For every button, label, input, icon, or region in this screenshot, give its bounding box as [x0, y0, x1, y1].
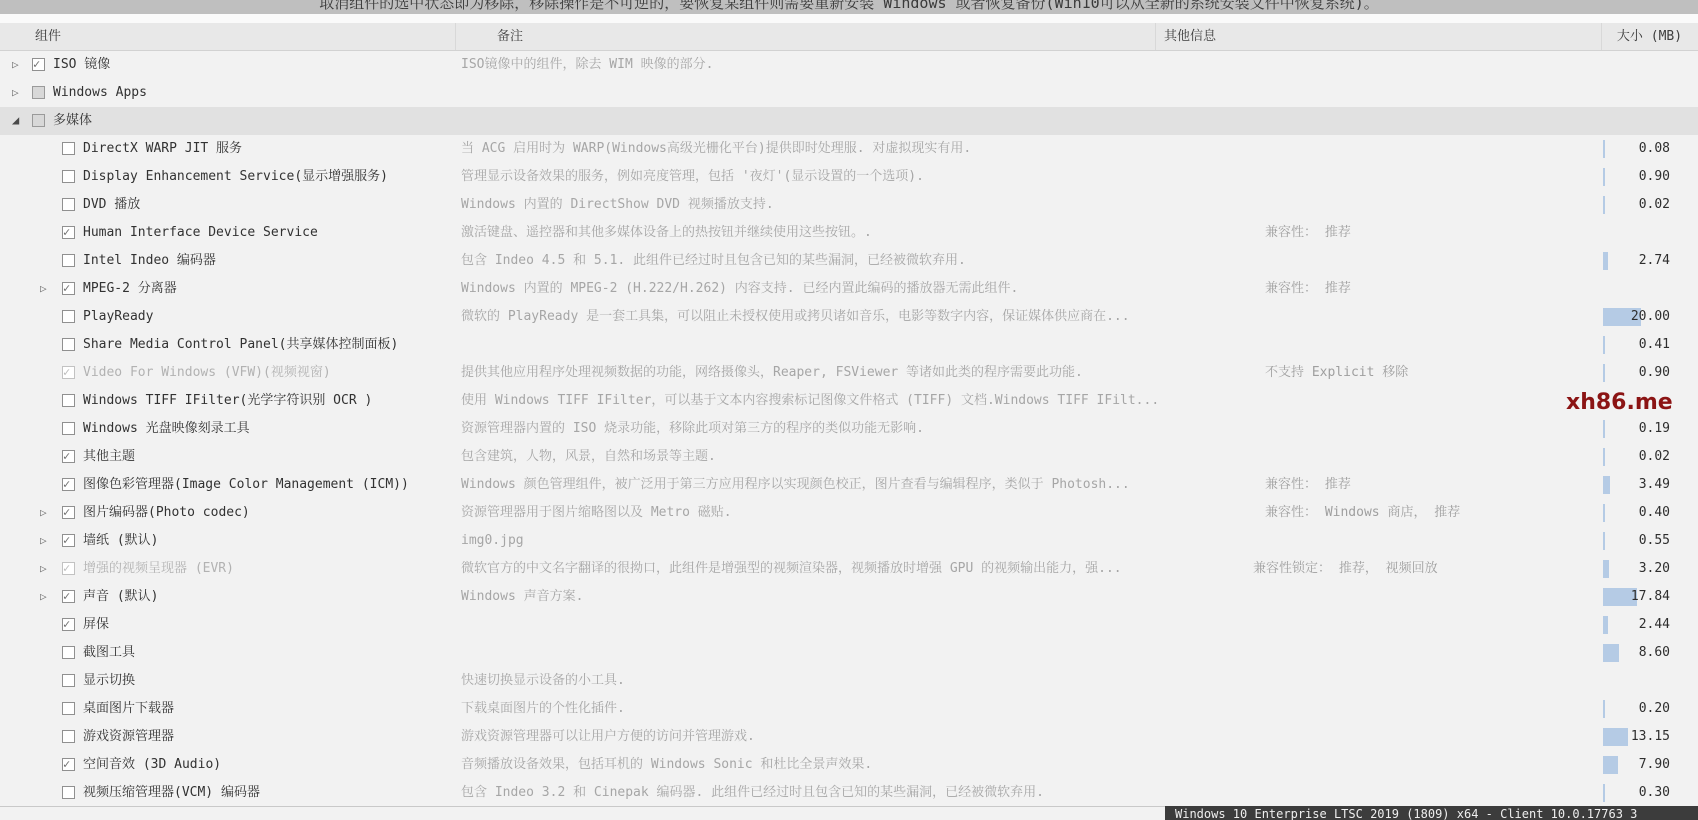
size-cell [1601, 275, 1698, 303]
table-row[interactable]: ▷✓增强的视频呈现器 (EVR)微软官方的中文名字翻译的很拗口，此组件是增强型的… [0, 555, 1698, 583]
size-bar [1603, 476, 1610, 494]
component-label: MPEG-2 分离器 [83, 275, 177, 303]
other-info-cell [1155, 667, 1601, 695]
size-value: 17.84 [1631, 583, 1670, 611]
component-cell: ✓其他主题 [0, 443, 455, 471]
note-cell: 管理显示设备效果的服务，例如亮度管理，包括 '夜灯'(显示设置的一个选项). [455, 163, 1155, 191]
component-label: 多媒体 [53, 107, 92, 135]
component-label: Windows TIFF IFilter(光学字符识别 OCR ) [83, 387, 372, 415]
component-label: Share Media Control Panel(共享媒体控制面板) [83, 331, 398, 359]
component-label: ISO 镜像 [53, 51, 110, 79]
size-cell [1601, 667, 1698, 695]
component-checkbox-unchecked[interactable] [62, 142, 75, 155]
note-cell: img0.jpg [455, 527, 1155, 555]
status-bar-text: Windows 10 Enterprise LTSC 2019 (1809) x… [1175, 807, 1637, 820]
component-checkbox-unchecked[interactable] [62, 198, 75, 211]
component-label: 截图工具 [83, 639, 135, 667]
size-value: 20.00 [1631, 303, 1670, 331]
table-row[interactable]: DirectX WARP JIT 服务当 ACG 启用时为 WARP(Windo… [0, 135, 1698, 163]
check-mark-icon: ✓ [63, 358, 70, 386]
component-checkbox-checked[interactable]: ✓ [62, 758, 75, 771]
size-cell: 8.60 [1601, 639, 1698, 667]
component-cell: 桌面图片下载器 [0, 695, 455, 723]
size-value: 0.55 [1639, 527, 1670, 555]
note-cell: Windows 颜色管理组件，被广泛用于第三方应用程序以实现颜色校正，图片查看与… [455, 471, 1155, 499]
size-cell: 0.02 [1601, 191, 1698, 219]
other-info-cell [1155, 107, 1601, 135]
other-info-cell: 兼容性锁定： 推荐， 视频回放 [1155, 555, 1601, 583]
table-row[interactable]: 桌面图片下载器下载桌面图片的个性化插件.0.20 [0, 695, 1698, 723]
table-row[interactable]: 视频压缩管理器(VCM) 编码器包含 Indeo 3.2 和 Cinepak 编… [0, 779, 1698, 807]
other-info-cell [1155, 751, 1601, 779]
other-info-cell [1155, 583, 1601, 611]
component-checkbox-checked[interactable]: ✓ [62, 478, 75, 491]
size-bar [1603, 252, 1608, 270]
size-cell: 7.90 [1601, 751, 1698, 779]
other-info-cell: 兼容性： 推荐 [1155, 275, 1601, 303]
component-label: 视频压缩管理器(VCM) 编码器 [83, 779, 260, 807]
size-cell: 0.90 [1601, 163, 1698, 191]
note-cell: 微软的 PlayReady 是一套工具集，可以阻止未授权使用或拷贝诸如音乐，电影… [455, 303, 1155, 331]
component-label: 其他主题 [83, 443, 135, 471]
component-cell: Windows TIFF IFilter(光学字符识别 OCR ) [0, 387, 455, 415]
expand-arrow-icon[interactable]: ▷ [40, 583, 47, 611]
size-cell: 0.20 [1601, 695, 1698, 723]
component-checkbox-unchecked[interactable] [62, 422, 75, 435]
component-checkbox-checked[interactable]: ✓ [62, 450, 75, 463]
other-info-cell [1155, 387, 1601, 415]
table-row[interactable]: ✓空间音效 (3D Audio)音频播放设备效果，包括耳机的 Windows S… [0, 751, 1698, 779]
component-cell: Display Enhancement Service(显示增强服务) [0, 163, 455, 191]
component-label: DVD 播放 [83, 191, 140, 219]
component-cell: 显示切换 [0, 667, 455, 695]
table-row[interactable]: ✓图像色彩管理器(Image Color Management (ICM))Wi… [0, 471, 1698, 499]
component-label: 游戏资源管理器 [83, 723, 174, 751]
table-row[interactable]: Windows 光盘映像刻录工具资源管理器内置的 ISO 烧录功能，移除此项对第… [0, 415, 1698, 443]
component-label: Video For Windows (VFW)(视频视窗) [83, 359, 331, 387]
size-cell [1601, 219, 1698, 247]
size-cell: 0.19 [1601, 415, 1698, 443]
table-row[interactable]: ▷✓ISO 镜像ISO镜像中的组件，除去 WIM 映像的部分. [0, 51, 1698, 79]
collapse-arrow-icon[interactable]: ◢ [12, 107, 19, 135]
other-info-cell: 兼容性： 推荐 [1155, 471, 1601, 499]
other-info-cell [1155, 639, 1601, 667]
component-checkbox-unchecked[interactable] [62, 674, 75, 687]
size-cell: 2.44 [1601, 611, 1698, 639]
component-cell: ▷Windows Apps [0, 79, 455, 107]
note-cell: 包含 Indeo 3.2 和 Cinepak 编码器. 此组件已经过时且包含已知… [455, 779, 1155, 807]
component-cell: DirectX WARP JIT 服务 [0, 135, 455, 163]
note-cell: Windows 声音方案. [455, 583, 1155, 611]
component-label: 图像色彩管理器(Image Color Management (ICM)) [83, 471, 409, 499]
component-cell: 截图工具 [0, 639, 455, 667]
check-mark-icon: ✓ [63, 218, 70, 246]
other-info-cell [1155, 779, 1601, 807]
size-cell: 0.40 [1601, 499, 1698, 527]
component-label: 声音 (默认) [83, 583, 158, 611]
other-info-cell [1155, 415, 1601, 443]
component-checkbox-checked[interactable]: ✓ [62, 618, 75, 631]
note-cell: 资源管理器用于图片缩略图以及 Metro 磁贴. [455, 499, 1155, 527]
size-bar [1603, 616, 1608, 634]
size-cell: 20.00 [1601, 303, 1698, 331]
top-notice-bar: 取消组件的选中状态即为移除，移除操作是不可逆的，要恢复某组件则需要重新安装 Wi… [0, 0, 1698, 14]
column-header-size-mb[interactable]: 大小 (MB) [1601, 23, 1697, 50]
component-cell: 游戏资源管理器 [0, 723, 455, 751]
table-row[interactable]: 显示切换快速切换显示设备的小工具. [0, 667, 1698, 695]
table-row[interactable]: Intel Indeo 编码器包含 Indeo 4.5 和 5.1. 此组件已经… [0, 247, 1698, 275]
other-info-cell [1155, 443, 1601, 471]
size-cell: 13.15 [1601, 723, 1698, 751]
size-value: 3.20 [1639, 555, 1670, 583]
table-row[interactable]: ▷✓图片编码器(Photo codec)资源管理器用于图片缩略图以及 Metro… [0, 499, 1698, 527]
size-bar [1603, 196, 1605, 214]
table-row[interactable]: ✓Human Interface Device Service激活键盘、遥控器和… [0, 219, 1698, 247]
size-bar [1603, 532, 1605, 550]
component-label: 屏保 [83, 611, 109, 639]
component-checkbox-unchecked[interactable] [62, 786, 75, 799]
component-checkbox-unchecked[interactable] [62, 254, 75, 267]
other-info-cell [1155, 695, 1601, 723]
component-cell: ✓Video For Windows (VFW)(视频视窗) [0, 359, 455, 387]
note-cell: 快速切换显示设备的小工具. [455, 667, 1155, 695]
other-info-cell [1155, 247, 1601, 275]
check-mark-icon: ✓ [63, 498, 70, 526]
size-bar [1603, 700, 1605, 718]
size-value: 0.02 [1639, 443, 1670, 471]
table-row[interactable]: ▷Windows Apps [0, 79, 1698, 107]
other-info-cell [1155, 611, 1601, 639]
component-checkbox-checked[interactable]: ✓ [62, 366, 75, 379]
note-cell [455, 331, 1155, 359]
check-mark-icon: ✓ [63, 554, 70, 582]
size-cell: 2.74 [1601, 247, 1698, 275]
table-row[interactable]: ▷✓声音 (默认)Windows 声音方案.17.84 [0, 583, 1698, 611]
size-value: 0.30 [1639, 779, 1670, 807]
component-cell: ▷✓ISO 镜像 [0, 51, 455, 79]
size-cell: 0.08 [1601, 135, 1698, 163]
size-value: 0.19 [1639, 415, 1670, 443]
size-bar [1603, 140, 1605, 158]
table-row[interactable]: ✓屏保2.44 [0, 611, 1698, 639]
size-cell: 0.90 [1601, 359, 1698, 387]
size-value: 0.20 [1639, 695, 1670, 723]
table-row[interactable]: ✓其他主题包含建筑，人物，风景，自然和场景等主题.0.02 [0, 443, 1698, 471]
component-cell: ▷✓图片编码器(Photo codec) [0, 499, 455, 527]
size-cell: 0.55 [1601, 527, 1698, 555]
column-header-component[interactable]: 组件 [0, 23, 455, 50]
size-cell: 3.49 [1601, 471, 1698, 499]
other-info-cell: 不支持 Explicit 移除 [1155, 359, 1601, 387]
size-cell [1601, 107, 1698, 135]
other-info-cell [1155, 51, 1601, 79]
component-checkbox-checked[interactable]: ✓ [32, 58, 45, 71]
watermark-text: xh86.me [1566, 390, 1673, 415]
size-cell: 17.84 [1601, 583, 1698, 611]
top-gap [0, 14, 1698, 23]
size-cell: 0.41 [1601, 331, 1698, 359]
expand-arrow-icon[interactable]: ▷ [40, 555, 47, 583]
component-cell: ✓图像色彩管理器(Image Color Management (ICM)) [0, 471, 455, 499]
note-cell: 游戏资源管理器可以让用户方便的访问并管理游戏. [455, 723, 1155, 751]
component-checkbox-unchecked[interactable] [62, 338, 75, 351]
other-info-cell [1155, 303, 1601, 331]
table-body: ▷✓ISO 镜像ISO镜像中的组件，除去 WIM 映像的部分.▷Windows … [0, 51, 1698, 807]
component-label: 显示切换 [83, 667, 135, 695]
note-cell: 下载桌面图片的个性化插件. [455, 695, 1155, 723]
component-label: Intel Indeo 编码器 [83, 247, 216, 275]
component-checkbox-unchecked[interactable] [62, 646, 75, 659]
component-checkbox-checked[interactable]: ✓ [62, 534, 75, 547]
component-checkbox-unchecked[interactable] [62, 730, 75, 743]
table-row[interactable]: 游戏资源管理器游戏资源管理器可以让用户方便的访问并管理游戏.13.15 [0, 723, 1698, 751]
size-value: 2.74 [1639, 247, 1670, 275]
expand-arrow-icon[interactable]: ▷ [40, 275, 47, 303]
size-value: 7.90 [1639, 751, 1670, 779]
component-cell: ◢多媒体 [0, 107, 455, 135]
size-value: 2.44 [1639, 611, 1670, 639]
component-label: Windows Apps [53, 79, 147, 107]
note-cell [455, 611, 1155, 639]
status-bar: Windows 10 Enterprise LTSC 2019 (1809) x… [1165, 806, 1698, 820]
size-bar [1603, 644, 1619, 662]
other-info-cell [1155, 191, 1601, 219]
size-cell: 0.02 [1601, 443, 1698, 471]
note-cell: 音频播放设备效果，包括耳机的 Windows Sonic 和杜比全景声效果. [455, 751, 1155, 779]
size-bar [1603, 336, 1605, 354]
component-label: 空间音效 (3D Audio) [83, 751, 221, 779]
size-value: 3.49 [1639, 471, 1670, 499]
component-label: Windows 光盘映像刻录工具 [83, 415, 250, 443]
component-checkbox-checked[interactable]: ✓ [62, 282, 75, 295]
component-label: 桌面图片下载器 [83, 695, 174, 723]
component-checkbox-mixed[interactable] [32, 114, 45, 127]
size-value: 0.90 [1639, 163, 1670, 191]
component-cell: Intel Indeo 编码器 [0, 247, 455, 275]
component-cell: ▷✓墙纸 (默认) [0, 527, 455, 555]
size-cell: 3.20 [1601, 555, 1698, 583]
table-row[interactable]: ✓Video For Windows (VFW)(视频视窗)提供其他应用程序处理… [0, 359, 1698, 387]
size-value: 0.40 [1639, 499, 1670, 527]
expand-arrow-icon[interactable]: ▷ [12, 51, 19, 79]
component-cell: PlayReady [0, 303, 455, 331]
component-cell: DVD 播放 [0, 191, 455, 219]
note-cell: 使用 Windows TIFF IFilter，可以基于文本内容搜索标记图像文件… [455, 387, 1155, 415]
component-cell: ✓Human Interface Device Service [0, 219, 455, 247]
size-bar [1603, 504, 1605, 522]
table-row[interactable]: Share Media Control Panel(共享媒体控制面板)0.41 [0, 331, 1698, 359]
other-info-cell [1155, 331, 1601, 359]
component-table: 组件 备注 其他信息 大小 (MB) ▷✓ISO 镜像ISO镜像中的组件，除去 … [0, 23, 1698, 807]
other-info-cell: 兼容性： Windows 商店， 推荐 [1155, 499, 1601, 527]
component-cell: 视频压缩管理器(VCM) 编码器 [0, 779, 455, 807]
other-info-cell [1155, 723, 1601, 751]
component-label: 墙纸 (默认) [83, 527, 158, 555]
table-row[interactable]: DVD 播放Windows 内置的 DirectShow DVD 视频播放支持.… [0, 191, 1698, 219]
note-cell [455, 107, 1155, 135]
component-checkbox-mixed[interactable] [32, 86, 45, 99]
note-cell: 提供其他应用程序处理视频数据的功能，网络摄像头，Reaper, FSViewer… [455, 359, 1155, 387]
table-row[interactable]: PlayReady微软的 PlayReady 是一套工具集，可以阻止未授权使用或… [0, 303, 1698, 331]
other-info-cell: 兼容性： 推荐 [1155, 219, 1601, 247]
check-mark-icon: ✓ [63, 610, 70, 638]
size-bar [1603, 168, 1605, 186]
table-row[interactable]: Display Enhancement Service(显示增强服务)管理显示设… [0, 163, 1698, 191]
table-header: 组件 备注 其他信息 大小 (MB) [0, 23, 1698, 51]
size-cell [1601, 79, 1698, 107]
size-bar [1603, 448, 1605, 466]
expand-arrow-icon[interactable]: ▷ [40, 499, 47, 527]
size-value: 8.60 [1639, 639, 1670, 667]
component-checkbox-checked[interactable]: ✓ [62, 506, 75, 519]
expand-arrow-icon[interactable]: ▷ [40, 527, 47, 555]
size-value: 0.90 [1639, 359, 1670, 387]
size-value: 0.41 [1639, 331, 1670, 359]
size-bar [1603, 364, 1605, 382]
component-label: DirectX WARP JIT 服务 [83, 135, 242, 163]
other-info-cell [1155, 135, 1601, 163]
component-label: 图片编码器(Photo codec) [83, 499, 250, 527]
component-label: Human Interface Device Service [83, 219, 318, 247]
component-checkbox-unchecked[interactable] [62, 170, 75, 183]
size-value: 0.02 [1639, 191, 1670, 219]
size-cell [1601, 51, 1698, 79]
component-cell: ▷✓MPEG-2 分离器 [0, 275, 455, 303]
component-label: 增强的视频呈现器 (EVR) [83, 555, 234, 583]
component-checkbox-unchecked[interactable] [62, 702, 75, 715]
component-checkbox-unchecked[interactable] [62, 310, 75, 323]
note-cell: Windows 内置的 DirectShow DVD 视频播放支持. [455, 191, 1155, 219]
size-value: 13.15 [1631, 723, 1670, 751]
note-cell: 包含建筑，人物，风景，自然和场景等主题. [455, 443, 1155, 471]
check-mark-icon: ✓ [63, 274, 70, 302]
note-cell: 微软官方的中文名字翻译的很拗口，此组件是增强型的视频渲染器，视频播放时增强 GP… [455, 555, 1155, 583]
component-checkbox-checked[interactable]: ✓ [62, 562, 75, 575]
component-cell: Share Media Control Panel(共享媒体控制面板) [0, 331, 455, 359]
size-bar [1603, 560, 1609, 578]
other-info-cell [1155, 79, 1601, 107]
size-bar [1603, 728, 1628, 746]
table-row[interactable]: ◢多媒体 [0, 107, 1698, 135]
other-info-cell [1155, 527, 1601, 555]
note-cell: Windows 内置的 MPEG-2 (H.222/H.262) 内容支持. 已… [455, 275, 1155, 303]
top-notice-text: 取消组件的选中状态即为移除，移除操作是不可逆的，要恢复某组件则需要重新安装 Wi… [0, 0, 1698, 13]
note-cell: ISO镜像中的组件，除去 WIM 映像的部分. [455, 51, 1155, 79]
check-mark-icon: ✓ [63, 442, 70, 470]
expand-arrow-icon[interactable]: ▷ [12, 79, 19, 107]
check-mark-icon: ✓ [63, 470, 70, 498]
component-cell: ✓屏保 [0, 611, 455, 639]
size-value: 0.08 [1639, 135, 1670, 163]
check-mark-icon: ✓ [63, 750, 70, 778]
component-checkbox-unchecked[interactable] [62, 394, 75, 407]
table-row[interactable]: Windows TIFF IFilter(光学字符识别 OCR )使用 Wind… [0, 387, 1698, 415]
size-bar [1603, 756, 1618, 774]
size-bar [1603, 784, 1605, 802]
other-info-cell [1155, 163, 1601, 191]
column-header-note[interactable]: 备注 [455, 23, 1155, 50]
component-checkbox-checked[interactable]: ✓ [62, 226, 75, 239]
size-cell: 0.30 [1601, 779, 1698, 807]
component-label: PlayReady [83, 303, 153, 331]
note-cell: 激活键盘、遥控器和其他多媒体设备上的热按钮并继续使用这些按钮。. [455, 219, 1155, 247]
component-cell: ✓空间音效 (3D Audio) [0, 751, 455, 779]
note-cell: 资源管理器内置的 ISO 烧录功能，移除此项对第三方的程序的类似功能无影响. [455, 415, 1155, 443]
component-cell: ▷✓声音 (默认) [0, 583, 455, 611]
check-mark-icon: ✓ [63, 582, 70, 610]
table-row[interactable]: ▷✓墙纸 (默认)img0.jpg0.55 [0, 527, 1698, 555]
size-bar [1603, 420, 1605, 438]
check-mark-icon: ✓ [33, 50, 40, 78]
component-checkbox-checked[interactable]: ✓ [62, 590, 75, 603]
note-cell [455, 79, 1155, 107]
note-cell: 包含 Indeo 4.5 和 5.1. 此组件已经过时且包含已知的某些漏洞，已经… [455, 247, 1155, 275]
note-cell [455, 639, 1155, 667]
component-label: Display Enhancement Service(显示增强服务) [83, 163, 388, 191]
check-mark-icon: ✓ [63, 526, 70, 554]
column-header-other-info[interactable]: 其他信息 [1155, 23, 1601, 50]
table-row[interactable]: ▷✓MPEG-2 分离器Windows 内置的 MPEG-2 (H.222/H.… [0, 275, 1698, 303]
component-cell: Windows 光盘映像刻录工具 [0, 415, 455, 443]
table-row[interactable]: 截图工具8.60 [0, 639, 1698, 667]
note-cell: 当 ACG 启用时为 WARP(Windows高级光栅化平台)提供即时处理服. … [455, 135, 1155, 163]
component-cell: ▷✓增强的视频呈现器 (EVR) [0, 555, 455, 583]
